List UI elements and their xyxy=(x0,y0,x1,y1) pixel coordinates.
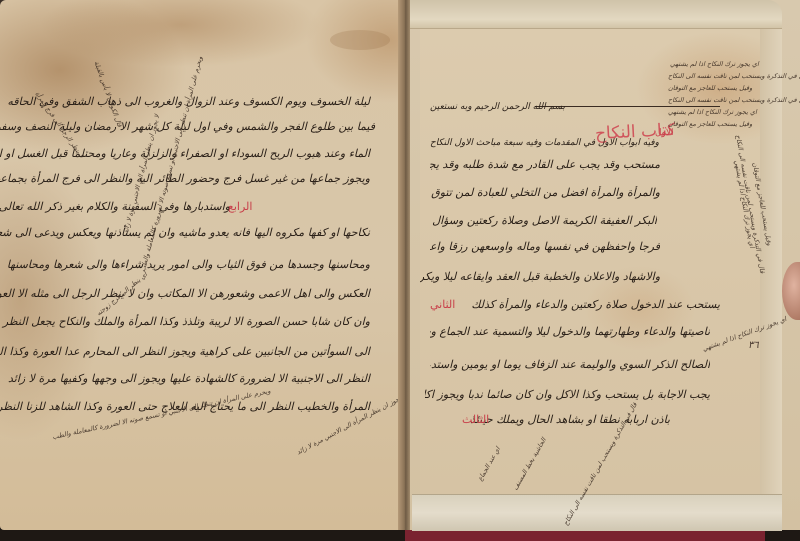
rubric-second: الثاني xyxy=(430,298,455,312)
manuscript-photo: ليلة الخسوف ويوم الكسوف وعند الزوال والغ… xyxy=(0,0,800,541)
margin-gloss: اي يجوز ترك النكاح اذا لم يشتهي xyxy=(670,60,759,68)
main-text-line: ليلة الخسوف ويوم الكسوف وعند الزوال والغ… xyxy=(140,95,370,109)
left-page: ليلة الخسوف ويوم الكسوف وعند الزوال والغ… xyxy=(0,0,402,530)
main-text-line: باذن اربابه نطقا او بشاهد الحال ويملك حي… xyxy=(470,413,670,427)
intro-line: وفيه ابواب الاول في المقدمات وفيه سبعة م… xyxy=(430,136,659,150)
top-paper-strip xyxy=(410,0,782,29)
main-text-line: ويجوز جماعها من غير غسل فرج وحضور الطائر… xyxy=(145,172,370,186)
margin-gloss: قال في التذكرة ويستحب لمن تاقت نفسه الى … xyxy=(668,72,800,80)
rubric-first: الاول xyxy=(655,126,674,140)
margin-gloss: اي يجوز ترك النكاح اذا لم يشتهي xyxy=(668,108,757,116)
main-text-line: النظر الى الاجنبية الا لضرورة كالشهادة ع… xyxy=(145,372,370,386)
main-text-line: يستحب عند الدخول صلاة ركعتين والدعاء وال… xyxy=(470,298,720,312)
main-text-line: ومحاسنها وجسدها من فوق الثياب والى امور … xyxy=(140,258,370,272)
margin-gloss: ويحرم على المرأة ان تنظر الى الاجنبي او … xyxy=(52,387,272,441)
bottom-paper-strip xyxy=(412,494,782,531)
main-text-line: فرجا واحفظهن في نفسها وماله واوسعهن رزقا… xyxy=(430,240,660,254)
margin-gloss: قال الكوفي لا بأس بالقبلة xyxy=(92,60,123,128)
rubric-heading: الرابع xyxy=(228,200,252,214)
main-text-line: والمرأة والمرأة افضل من التخلي للعبادة ل… xyxy=(430,186,660,200)
margin-gloss: ويحرم على المرأة ان تنظر الى الاجنبي او … xyxy=(139,55,204,272)
margin-gloss: وقيل يستحب للعاجز مع التوقان xyxy=(668,120,752,128)
main-text-line: يجب الاجابة بل يستحب وكذا الاكل وان كان … xyxy=(425,388,710,402)
basmala: بسم الله الرحمن الرحيم وبه نستعين xyxy=(430,100,565,114)
main-text-line: العكس والى اهل الاعمى وشعورهن الا المكات… xyxy=(145,287,370,301)
margin-gloss: وقيل يستحب للعاجز مع التوقان xyxy=(668,84,752,92)
red-book-cover-edge xyxy=(405,530,765,541)
main-text-line: الى السوأتين من الجانبين على كراهية ويجو… xyxy=(145,345,370,359)
main-text-line: نكاحها او كفها مكروه اليها فانه يعدو ماش… xyxy=(138,226,370,240)
main-text-line: مستحب وقد يجب على القادر مع شدة طلبه وقد… xyxy=(430,158,660,172)
main-text-line: ناصيتها والدعاء وطهارتهما والدخول ليلا و… xyxy=(430,325,710,339)
main-text-line: وان كان شابا حسن الصورة الا لريبة وتلذذ … xyxy=(145,315,370,329)
margin-gloss: قال في التذكرة ويستحب لمن تاقت نفسه الى … xyxy=(668,96,800,104)
main-text-line: والاشهاد والاعلان والخطبة قبل العقد وايق… xyxy=(420,270,660,284)
rubric-third: الثالث xyxy=(462,413,489,427)
water-stain xyxy=(330,30,390,50)
main-text-line: البكر العفيفة الكريمة الاصل وصلاة ركعتين… xyxy=(432,214,657,228)
main-text-line: الصالح الذكر السوي والوليمة عند الزفاف ي… xyxy=(430,358,710,372)
folio-number: ٣٦ xyxy=(748,340,759,351)
